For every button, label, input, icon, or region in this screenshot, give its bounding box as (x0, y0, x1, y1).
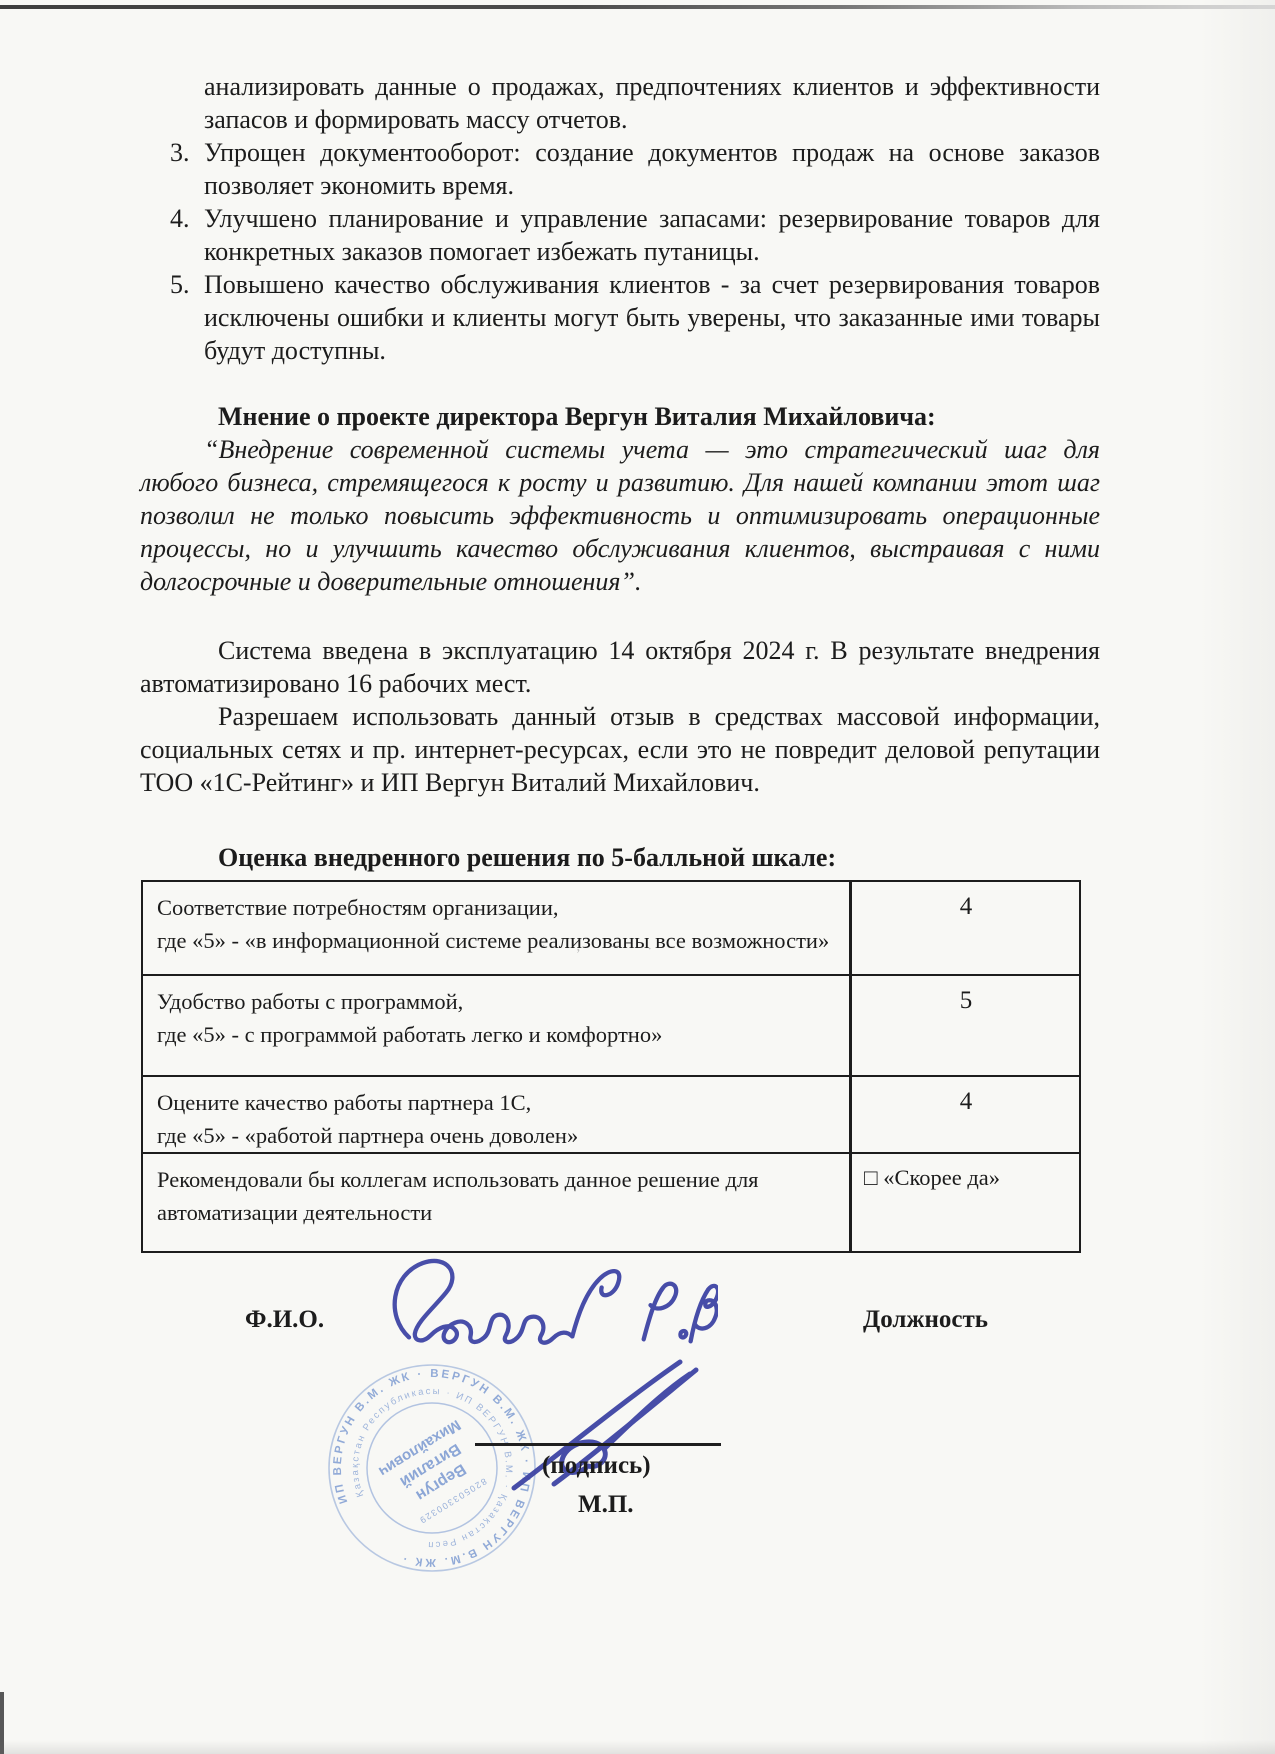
opinion-heading: Мнение о проекте директора Вергун Витали… (140, 400, 1100, 433)
table-row: Оцените качество работы партнера 1С, где… (143, 1077, 1079, 1154)
rating-criterion: Оцените качество работы партнера 1С, где… (157, 1086, 845, 1152)
rating-heading: Оценка внедренного решения по 5-балльной… (140, 841, 1100, 874)
rating-table: Соответствие потребностям организации, г… (141, 880, 1081, 1253)
recommend-answer: □ «Скорее да» (849, 1165, 1068, 1191)
list-item-5: 5. Повышено качество обслуживания клиент… (140, 268, 1100, 367)
rating-criterion: Удобство работы с программой, где «5» - … (157, 985, 845, 1051)
table-row: Соответствие потребностям организации, г… (143, 882, 1079, 976)
list-number: 5. (170, 268, 190, 301)
table-row: Рекомендовали бы коллегам использовать д… (143, 1154, 1079, 1251)
rating-criterion: Соответствие потребностям организации, г… (157, 891, 845, 957)
position-label: Должность (863, 1306, 988, 1334)
rating-value: 5 (849, 987, 1083, 1015)
director-quote: “Внедрение современной системы учета — э… (140, 433, 1100, 598)
scan-edge-artifact-bottom (0, 1740, 1275, 1754)
signature-line (475, 1443, 721, 1446)
faint-pen-marks: · ‚ – . (541, 937, 665, 956)
launch-paragraph: Система введена в эксплуатацию 14 октябр… (140, 634, 1100, 700)
signature-caption: (подпись) (542, 1452, 651, 1480)
seal-caption: М.П. (578, 1491, 634, 1519)
scanned-document-page: анализировать данные о продажах, предпоч… (0, 0, 1275, 1754)
fio-label: Ф.И.О. (245, 1306, 324, 1334)
document-body: анализировать данные о продажах, предпоч… (140, 70, 1100, 874)
scan-edge-artifact-top (0, 5, 1275, 9)
permission-paragraph: Разрешаем использовать данный отзыв в ср… (140, 700, 1100, 799)
table-row: Удобство работы с программой, где «5» - … (143, 976, 1079, 1077)
list-number: 3. (170, 136, 190, 169)
rating-value: 4 (849, 1088, 1083, 1116)
list-item-text: Повышено качество обслуживания клиентов … (204, 270, 1100, 365)
list-number: 4. (170, 202, 190, 235)
list-item-text: Улучшено планирование и управление запас… (204, 204, 1100, 266)
list-item-2-continuation: анализировать данные о продажах, предпоч… (140, 70, 1100, 136)
rating-value: 4 (849, 893, 1083, 921)
list-item-text: Упрощен документооборот: создание докуме… (204, 138, 1100, 200)
list-item-3: 3. Упрощен документооборот: создание док… (140, 136, 1100, 202)
rating-criterion: Рекомендовали бы коллегам использовать д… (157, 1163, 845, 1229)
list-item-4: 4. Улучшено планирование и управление за… (140, 202, 1100, 268)
